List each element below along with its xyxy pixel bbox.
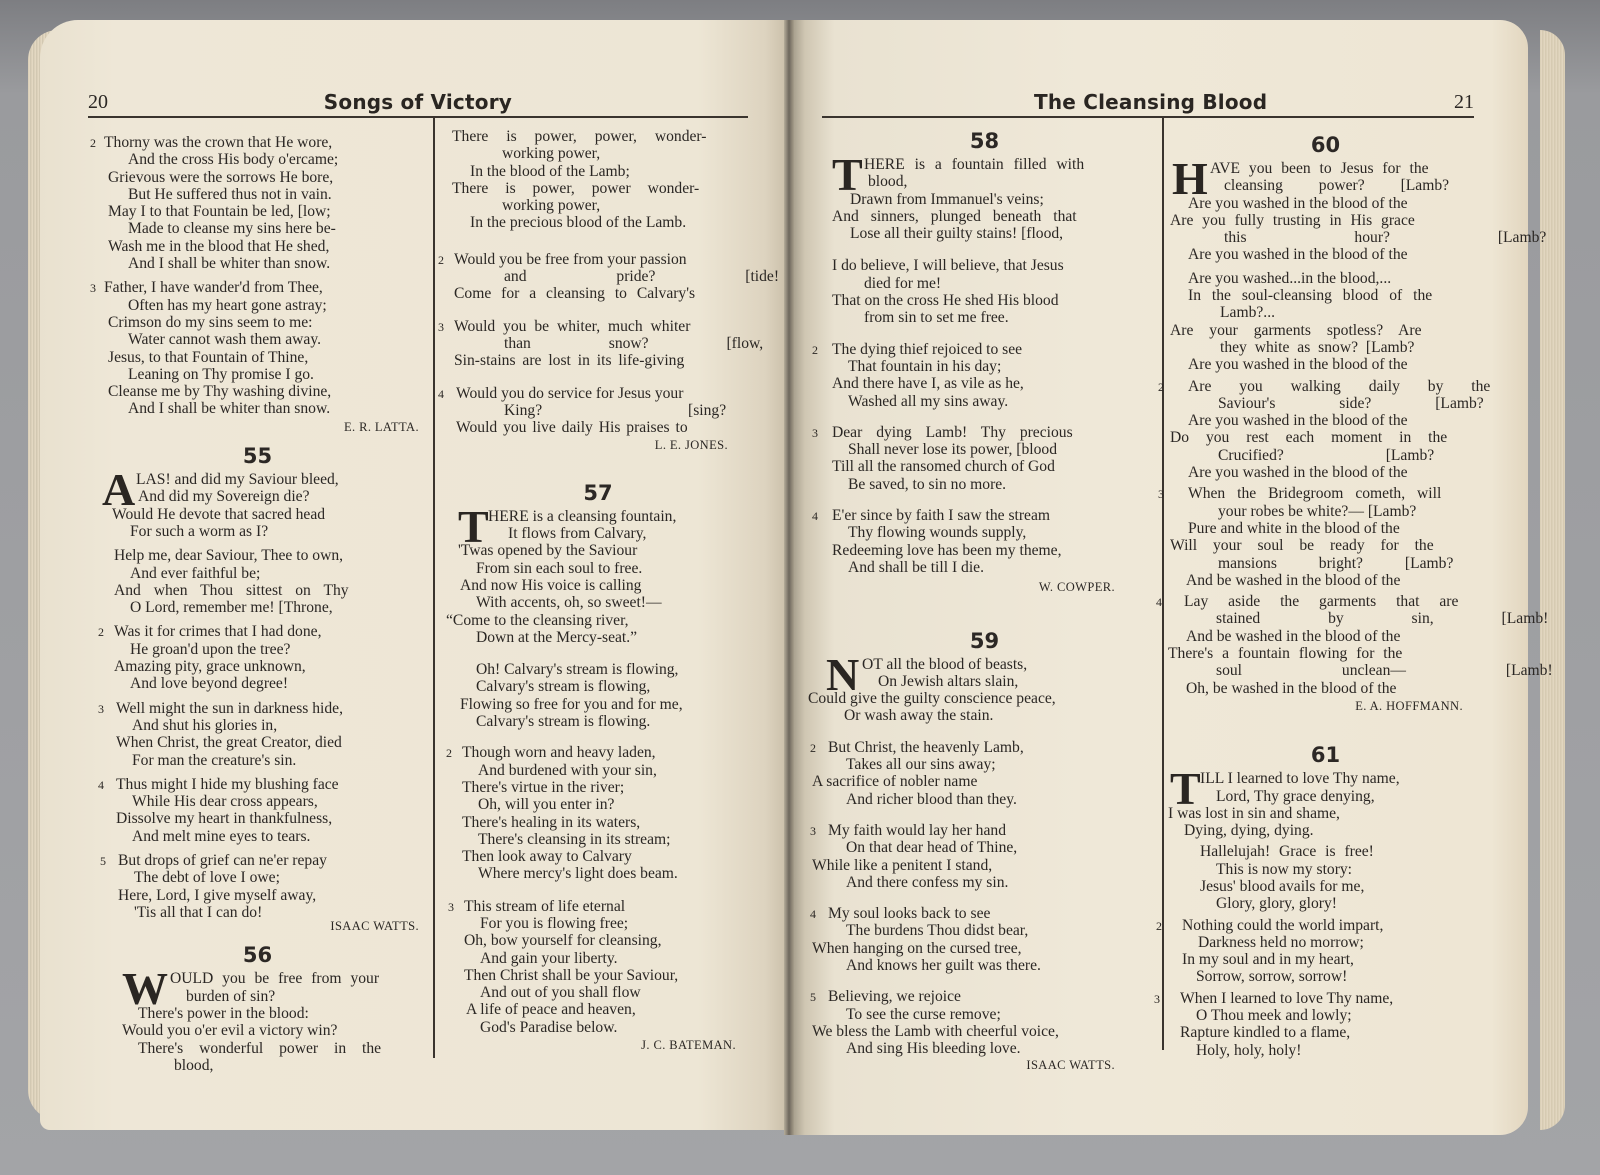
verse-number: 2: [1158, 379, 1164, 396]
verse-number: 2: [812, 342, 818, 359]
hymn-number-59: 59: [812, 628, 1157, 654]
hymn-60-chorus: Are you washed...in the blood,... In the…: [1168, 270, 1483, 374]
hymn-number-55: 55: [90, 443, 425, 469]
page-number-right: 21: [1454, 91, 1474, 114]
left-running-head: 20 Songs of Victory: [88, 84, 748, 118]
verse-number: 2: [1156, 918, 1162, 935]
hymn-55-stanza-4: 4Thus might I hide my blushing face Whil…: [90, 776, 425, 845]
hymn-59-stanza-3: 3My faith would lay her hand On that dea…: [812, 822, 1157, 891]
verse-number: 3: [1154, 991, 1160, 1008]
hymn-55-stanza-1: A LAS! and did my Saviour bleed, And did…: [90, 471, 425, 540]
column-rule-right-page: [1162, 118, 1164, 1050]
hymn-56-stanza-4: 4Would you do service for Jesus your Kin…: [438, 385, 758, 455]
hymn-56-stanza-3: 3Would you be whiter, much whiter than s…: [438, 318, 758, 370]
hymn-55-stanza-5: 5But drops of grief can ne'er repay The …: [90, 852, 425, 935]
page-number-left: 20: [88, 91, 108, 114]
verse-number: 4: [438, 386, 444, 403]
left-page-column-1: 2Thorny was the crown that He wore, And …: [90, 134, 425, 1081]
verse-number: 3: [812, 425, 818, 442]
verse-number: 4: [812, 508, 818, 525]
hymn-61-chorus: Hallelujah! Grace is free! This is now m…: [1168, 843, 1483, 912]
hymn-author: E. A. HOFFMANN.: [1168, 698, 1483, 715]
verse-number: 3: [1158, 486, 1164, 503]
column-rule-left-page: [433, 118, 435, 1058]
hymn-number-61: 61: [1168, 742, 1483, 768]
hymn-55-stanza-3: 3Well might the sun in darkness hide, An…: [90, 700, 425, 769]
left-page-column-2: There is power, power, wonder- working p…: [438, 128, 758, 1061]
hymn-57-stanza-1: T HERE is a cleansing fountain, It flows…: [438, 508, 758, 646]
book-page-edges-right: [1540, 30, 1565, 1130]
hymn-61-stanza-3: 3When I learned to love Thy name, O Thou…: [1168, 990, 1483, 1059]
right-running-head: The Cleansing Blood 21: [822, 84, 1474, 118]
book-gutter: [784, 20, 794, 1135]
verse-number: 2: [90, 135, 96, 152]
right-page-column-2: 60 H AVE you been to Jesus for the clean…: [1168, 126, 1483, 1066]
hymn-58-chorus: I do believe, I will believe, that Jesus…: [812, 257, 1157, 326]
hymn-59-stanza-4: 4My soul looks back to see The burdens T…: [812, 905, 1157, 974]
verse-number: 3: [810, 823, 816, 840]
verse-number: 4: [1156, 594, 1162, 611]
hymn-author: J. C. BATEMAN.: [438, 1037, 758, 1054]
hymn-57-stanza-2: 2Though worn and heavy laden, And burden…: [438, 744, 758, 882]
verse-number: 5: [810, 989, 816, 1006]
hymn-60-stanza-3: 3When the Bridegroom cometh, will your r…: [1168, 485, 1483, 589]
hymn-56-stanza-1: W OULD you be free from your burden of s…: [90, 970, 425, 1074]
verse-number: 2: [810, 740, 816, 757]
hymn-number-60: 60: [1168, 132, 1483, 158]
hymn-59-stanza-5: 5Believing, we rejoice To see the curse …: [812, 988, 1157, 1074]
hymn-59-stanza-1: N OT all the blood of beasts, On Jewish …: [812, 656, 1157, 725]
verse-number: 3: [438, 319, 444, 336]
hymn-56-stanza-2: 2Would you be free from your passion and…: [438, 251, 758, 303]
hymn-58-stanza-1: T HERE is a fountain filled with blood, …: [812, 156, 1157, 242]
verse-number: 4: [810, 906, 816, 923]
hymn-60-stanza-4: 4Lay aside the garments that are stained…: [1168, 593, 1483, 715]
hymn-61-stanza-1: T ILL I learned to love Thy name, Lord, …: [1168, 770, 1483, 839]
hymn-57-chorus: Oh! Calvary's stream is flowing, Calvary…: [438, 661, 758, 730]
hymn-59-stanza-2: 2But Christ, the heavenly Lamb, Takes al…: [812, 739, 1157, 808]
hymn-54-stanza-3: 3Father, I have wander'd from Thee, Ofte…: [90, 279, 425, 436]
verse-number: 4: [98, 777, 104, 794]
hymn-61-stanza-2: 2Nothing could the world impart, Darknes…: [1168, 917, 1483, 986]
hymn-number-58: 58: [812, 128, 1157, 154]
hymn-author: L. E. JONES.: [438, 437, 758, 454]
verse-number: 2: [438, 252, 444, 269]
hymn-54-stanza-2: 2Thorny was the crown that He wore, And …: [90, 134, 425, 272]
hymn-55-chorus: Help me, dear Saviour, Thee to own, And …: [90, 547, 425, 616]
verse-number: 2: [446, 745, 452, 762]
hymn-55-stanza-2: 2Was it for crimes that I had done, He g…: [90, 623, 425, 692]
hymn-57-stanza-3: 3This stream of life eternal For you is …: [438, 898, 758, 1055]
hymn-60-stanza-1: H AVE you been to Jesus for the cleansin…: [1168, 160, 1483, 264]
right-page-column-1: 58 T HERE is a fountain filled with bloo…: [812, 122, 1157, 1082]
verse-number: 3: [90, 280, 96, 297]
running-title-left: Songs of Victory: [324, 90, 512, 114]
hymn-author: E. R. LATTA.: [90, 419, 425, 436]
hymn-60-stanza-2: 2Are you walking daily by the Saviour's …: [1168, 378, 1483, 482]
verse-number: 2: [98, 624, 104, 641]
hymn-author: ISAAC WATTS.: [812, 1057, 1157, 1074]
verse-number: 5: [100, 853, 106, 870]
hymn-58-stanza-3: 3Dear dying Lamb! Thy precious Shall nev…: [812, 424, 1157, 493]
running-title-right: The Cleansing Blood: [1034, 90, 1267, 114]
hymn-58-stanza-4: 4E'er since by faith I saw the stream Th…: [812, 507, 1157, 596]
hymn-author: W. COWPER.: [812, 579, 1157, 596]
verse-number: 3: [448, 899, 454, 916]
verse-number: 3: [98, 701, 104, 718]
hymn-56-chorus: There is power, power, wonder- working p…: [438, 128, 758, 232]
hymn-58-stanza-2: 2The dying thief rejoiced to see That fo…: [812, 341, 1157, 410]
